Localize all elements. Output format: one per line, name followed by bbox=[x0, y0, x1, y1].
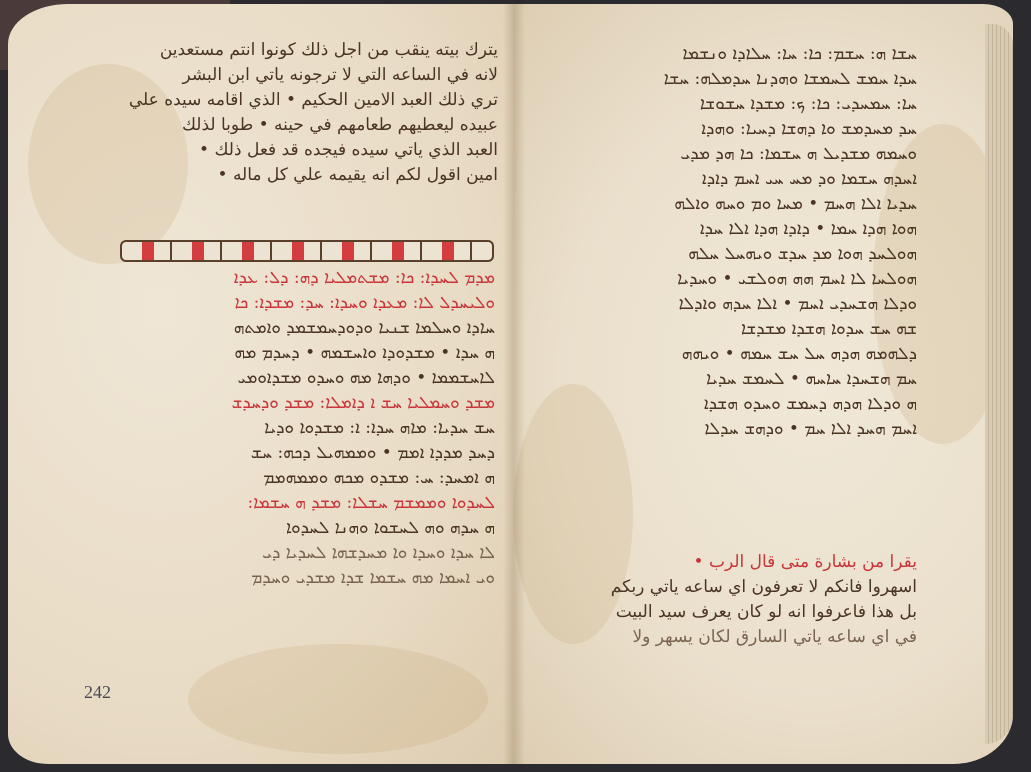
decorative-band bbox=[120, 240, 494, 262]
text-line: ܗ ܘܕܠܐ ܗܕܗ ܕܚܡܫ ܘܚܕܘ ܗܫܕܐ bbox=[527, 392, 917, 417]
text-line: ܚܫܐ ܗ: ܚܫܡ: ܟܐ: ܚܐ: ܚܠܐܕܐ ܘܢܫܡܐ bbox=[527, 42, 917, 67]
text-line: ܫܗ ܚܫ ܚܕܘܐ ܗܫܕܐ ܡܫܕܫܐ bbox=[527, 317, 917, 342]
text-line: ܗ ܐܡܚܕ: ܚ: ܡܫܕܘ ܡܟܗ ܘܡܡܗܡܡ bbox=[70, 466, 495, 491]
syriac-text-block: ܚܫܐ ܗ: ܚܫܡ: ܟܐ: ܚܐ: ܚܠܐܕܐ ܘܢܫܡܐ ܚܕܐ ܚܡܫ … bbox=[527, 42, 917, 442]
left-page: يترك بيته ينقب من اجل ذلك كونوا انتم مست… bbox=[8, 4, 513, 764]
book-gutter bbox=[503, 4, 525, 764]
text-line: تري ذلك العبد الامين الحكيم • الذي اقامه… bbox=[78, 88, 498, 113]
text-line: امين اقول لكم انه يقيمه علي كل ماله • bbox=[78, 163, 498, 188]
text-line: ܚܡ ܗܫܚܕܐ ܚܐܚܗ • ܠܚܡܫ ܚܕܝܐ bbox=[527, 367, 917, 392]
text-line: ܐܚܡ ܗܚܕ ܐܠܐ ܚܡ • ܘܕܗܫ ܚܕܠܐ bbox=[527, 417, 917, 442]
text-line: ܗܘܐ ܗܕܐ ܚܡܐ • ܕܐܕܐ ܗܕܐ ܐܠܐ ܚܕܐ bbox=[527, 217, 917, 242]
text-line: ܚܐܕܐ ܘܚܠܡܐ ܫܢܝܐ ܘܕܘܕܚܡܫܡܕ ܘܐܡܬܗ bbox=[70, 316, 495, 341]
text-line: ܘܚܡܗ ܡܫܕܝܠ ܗ ܚܫܡܐ: ܟܐ ܗܕ ܡܕܝ bbox=[527, 142, 917, 167]
text-line: يترك بيته ينقب من اجل ذلك كونوا انتم مست… bbox=[78, 38, 498, 63]
text-line: ܐܚܕܗ ܚܫܡܐ ܘܕ ܡܚ ܚܝ ܐܚܡ ܕܐܕܐ bbox=[527, 167, 917, 192]
text-line: لانه في الساعه التي لا ترجونه ياتي ابن ا… bbox=[78, 63, 498, 88]
folio-number: 242 bbox=[84, 682, 111, 703]
rubric-heading: يقرا من بشارة متى قال الرب • bbox=[527, 550, 917, 575]
syriac-text-block: ܡܕܡ ܠܚܕܐ: ܟܐ: ܡܫܬܡܠܝܐ ܕܗ: ܕܠ: ܥܕܐ ܘܠܝܚܕܠ… bbox=[70, 266, 495, 591]
text-line: ܘܝ ܐܚܡܐ ܡܗ ܚܫܡܐ ܫܕܐ ܡܫܕܝ ܘܚܕܡ bbox=[70, 566, 495, 591]
text-line: ܗܘܠܚܕ ܗܘܐ ܡܕ ܚܕܫ ܘܝܗܚܠ ܚܠܗ bbox=[527, 242, 917, 267]
text-line: ܘܕܠܐ ܗܫܚܕܝ ܐܚܡ • ܐܠܐ ܚܕܗ ܘܐܕܠܐ bbox=[527, 292, 917, 317]
text-line: اسهروا فانكم لا تعرفون اي ساعه ياتي ربكم bbox=[527, 575, 917, 600]
right-page: ܚܫܐ ܗ: ܚܫܡ: ܟܐ: ܚܐ: ܚܠܐܕܐ ܘܢܫܡܐ ܚܕܐ ܚܡܫ … bbox=[513, 4, 1013, 764]
text-line: بل هذا فاعرفوا انه لو كان يعرف سيد البيت bbox=[527, 600, 917, 625]
manuscript-codex: يترك بيته ينقب من اجل ذلك كونوا انتم مست… bbox=[8, 4, 1031, 764]
text-line: ܚܫ ܚܕܝܐ: ܡܐܗ ܚܕܐ: ܐ: ܡܫܕܘܐ ܘܕܝܐ bbox=[70, 416, 495, 441]
rubric-line: ܡܫܕ ܘܚܡܠܝܐ ܚܫ ܐ ܕܐܡܠܐ: ܡܫܕ ܘܕܚܕܫ bbox=[70, 391, 495, 416]
text-line: ܗܘܠܚܐ ܠܐ ܐܚܡ ܗܗ ܗܘܠܫܝ • ܘܚܕܝܐ bbox=[527, 267, 917, 292]
rubric-line: ܡܕܡ ܠܚܕܐ: ܟܐ: ܡܫܬܡܠܝܐ ܕܗ: ܕܠ: ܥܕܐ bbox=[70, 266, 495, 291]
text-line: ܚܕܝܐ ܐܠܐ ܗܚܡ • ܡܚܐ ܘܡ ܘܚܗ ܘܐܠܗ bbox=[527, 192, 917, 217]
text-line: ܗ ܚܕܗ ܘܗ ܠܚܫܘܐ ܘܗܢܐ ܠܚܕܘܐ bbox=[70, 516, 495, 541]
water-stain bbox=[188, 644, 488, 754]
arabic-text-block: يترك بيته ينقب من اجل ذلك كونوا انتم مست… bbox=[78, 38, 498, 188]
text-line: ܚܕ ܡܚܕܡܫ ܘܐ ܕܗܫܐ ܕܚܝܐ: ܘܗܕܐ bbox=[527, 117, 917, 142]
text-line: العبد الذي ياتي سيده فيجده قد فعل ذلك • bbox=[78, 138, 498, 163]
arabic-text-block: يقرا من بشارة متى قال الرب • اسهروا فانك… bbox=[527, 550, 917, 650]
text-line: ܕܚܕ ܡܕܕܐ ܐܡܡ • ܘܡܡܗܝܠ ܕܟܗ: ܚܫ bbox=[70, 441, 495, 466]
rubric-line: ܘܠܝܚܕܠ ܠܐ: ܡܥܕܐ ܘܚܕܐ: ܚܕ: ܡܫܕܐ: ܟܐ bbox=[70, 291, 495, 316]
text-line: ܚܐ: ܚܡܚܕܝ: ܟܐ: ܟ: ܡܫܕܐ ܚܫܘܫܐ bbox=[527, 92, 917, 117]
text-line: في اي ساعه ياتي السارق لكان يسهر ولا bbox=[527, 625, 917, 650]
text-line: عبيده ليعطيهم طعامهم في حينه • طوبا لذلك bbox=[78, 113, 498, 138]
text-line: ܚܕܐ ܚܡܫ ܠܚܡܫܐ ܘܗܕܢܐ ܚܕܡܠܗ: ܚܫܐ bbox=[527, 67, 917, 92]
rubric-line: ܠܚܕܘܐ ܘܡܡܫܡ ܚܫܠܐ: ܡܫܕ ܗ ܚܫܡܐ: bbox=[70, 491, 495, 516]
page-edges bbox=[985, 24, 1013, 744]
text-line: ܕܠܗܡܗ ܗܕܗ ܚܠ ܚܫ ܚܡܗ • ܘܝܗܗ bbox=[527, 342, 917, 367]
text-line: ܠܐܚܫܡܡܐ • ܘܕܗܐ ܡܗ ܘܚܕܘ ܡܫܕܐܘܡܝ bbox=[70, 366, 495, 391]
text-line: ܗ ܚܕܐ • ܡܫܕܘܕܐ ܘܐܚܫܡܗ • ܕܚܕܡ ܡܗ bbox=[70, 341, 495, 366]
text-line: ܠܐ ܚܕܐ ܘܚܕܐ ܘܐ ܡܚܕܫܗܐ ܠܚܕܝܐ ܕܝ bbox=[70, 541, 495, 566]
